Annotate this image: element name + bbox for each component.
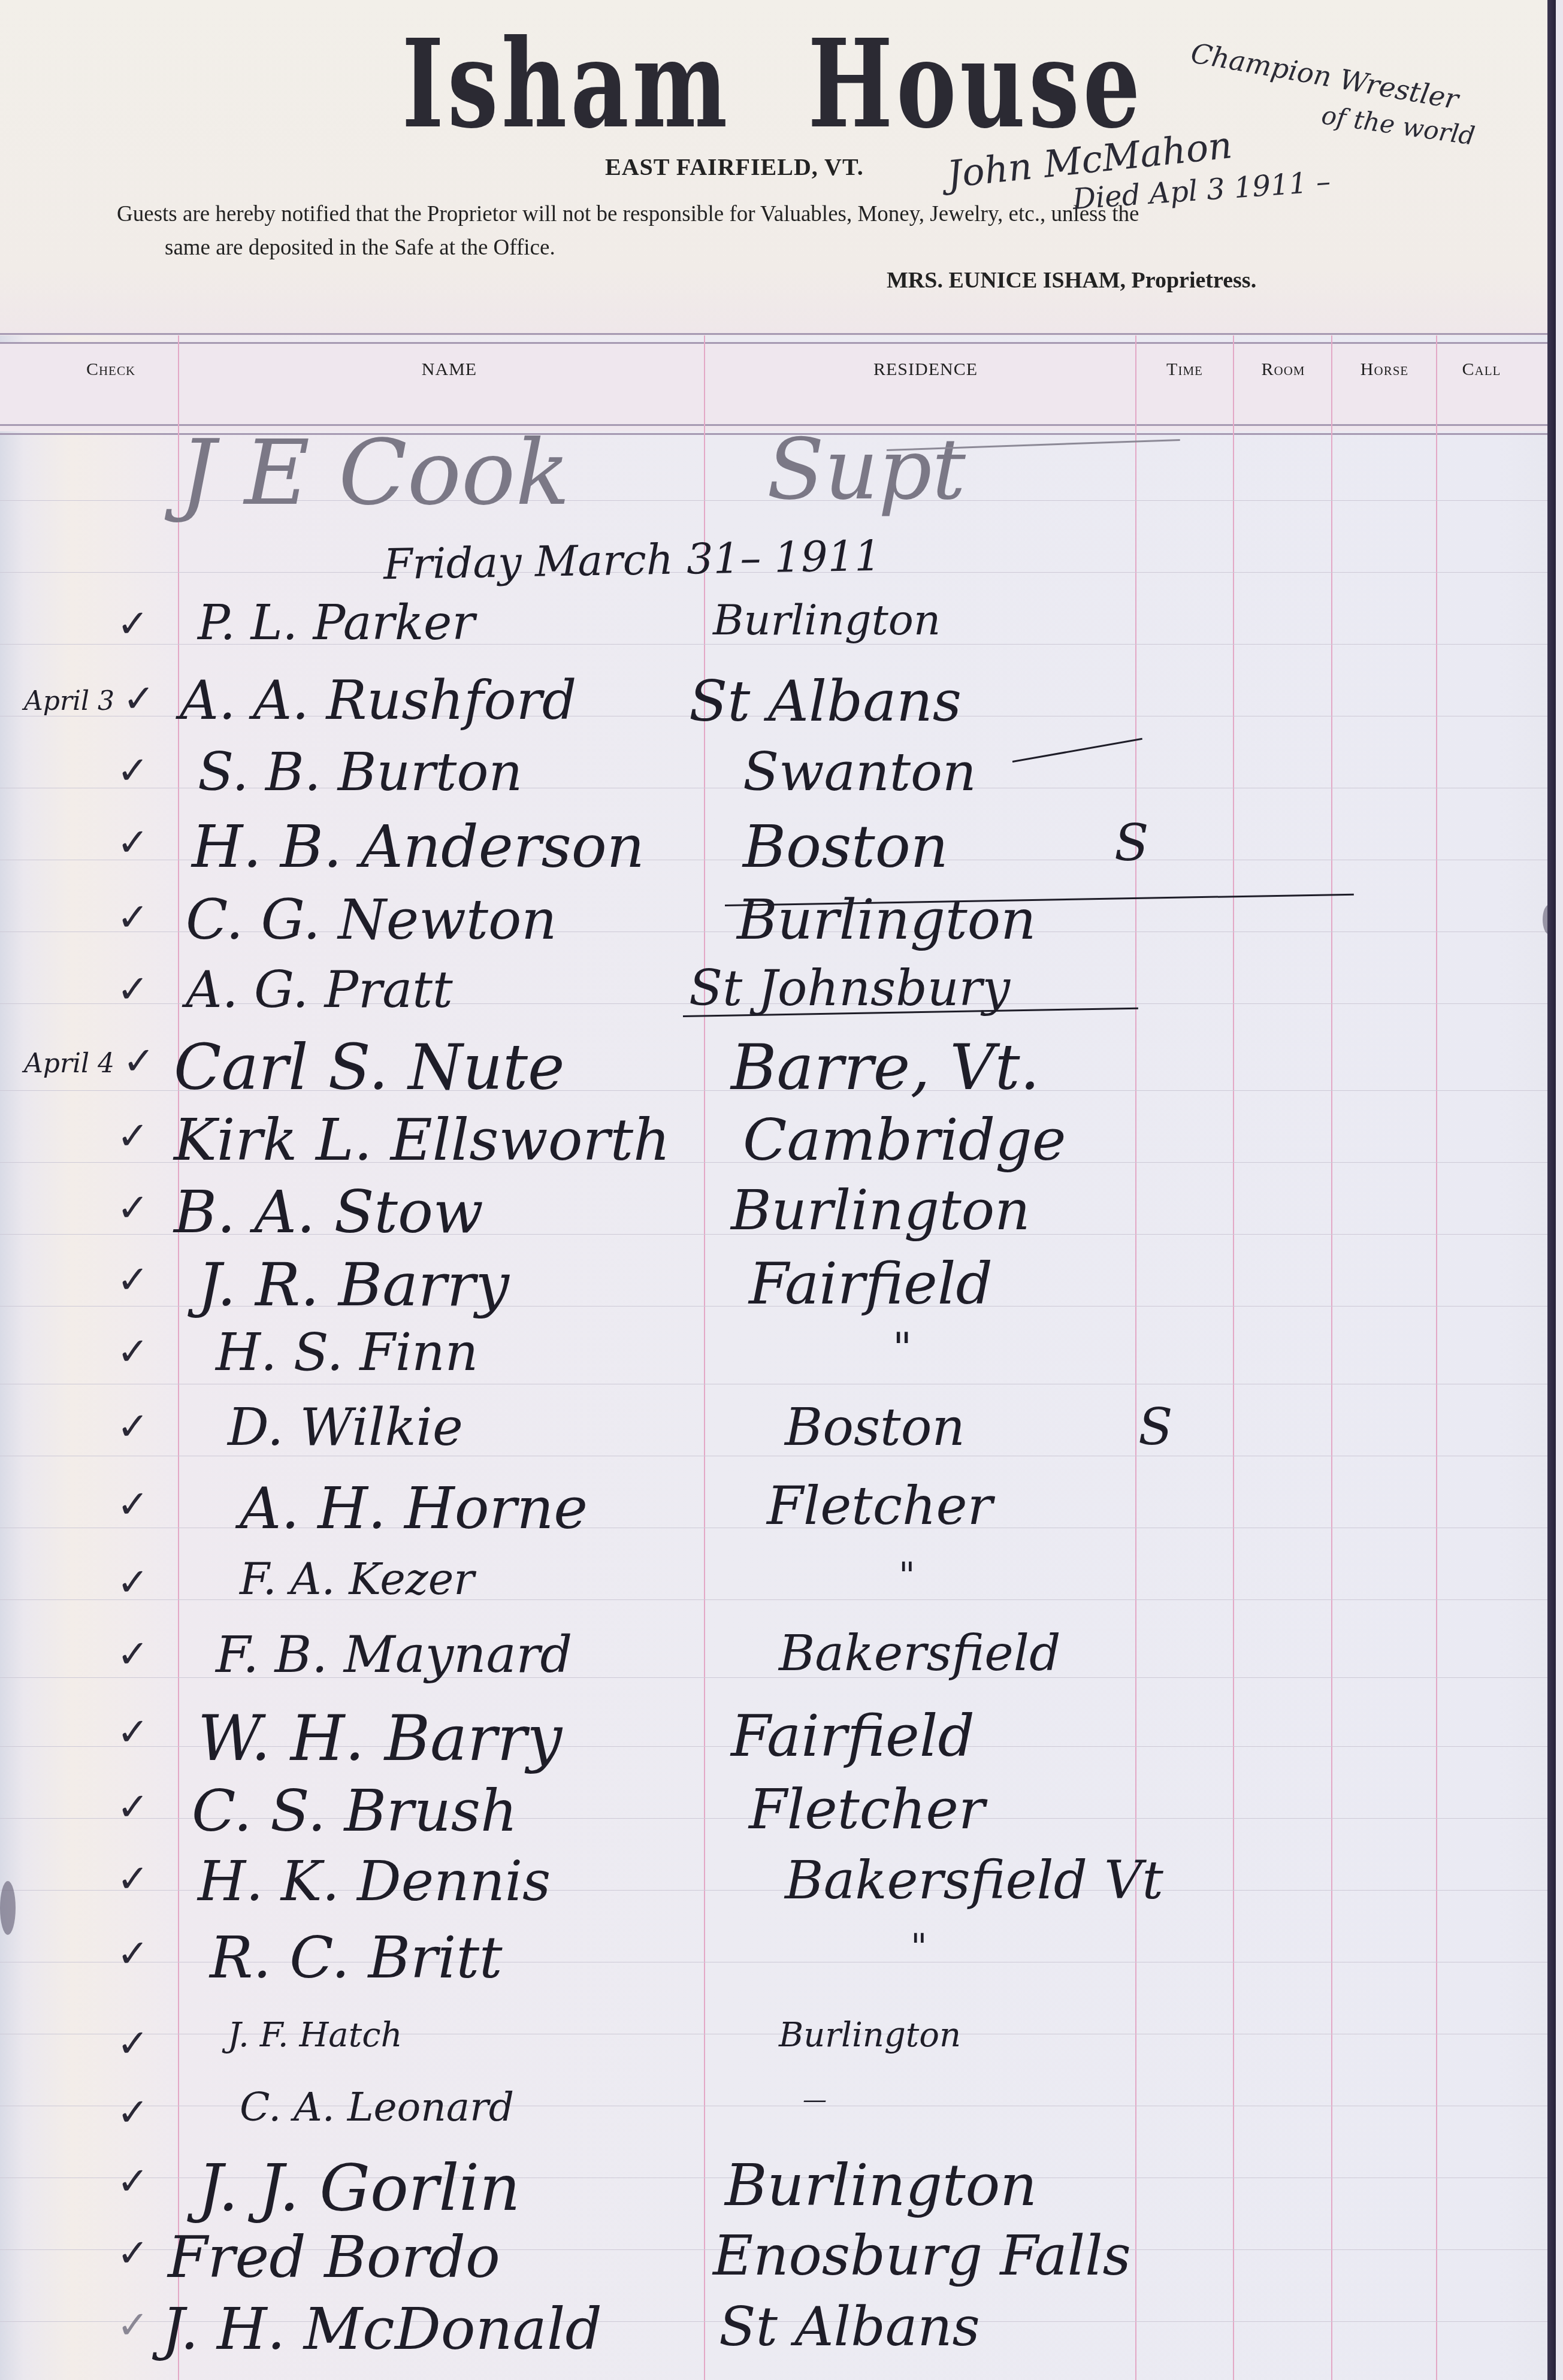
guest-name: J. F. Hatch: [228, 2019, 403, 2052]
guest-name: C. A. Leonard: [240, 2088, 514, 2127]
guest-residence: Fletcher: [749, 1782, 985, 1837]
guest-residence: Bakersfield: [779, 1629, 1061, 1679]
guest-name: Fred Bordo: [168, 2228, 500, 2286]
check-mark: ✓: [117, 1935, 149, 1973]
margin-date-note: April 3: [24, 686, 114, 716]
check-mark: ✓: [117, 1713, 149, 1752]
proprietress-line: MRS. EUNICE ISHAM, Proprietress.: [887, 267, 1256, 294]
column-header-check: Check: [72, 359, 150, 380]
guest-residence: Swanton: [743, 746, 977, 799]
guest-name: J. H. McDonald: [162, 2300, 602, 2358]
liability-notice: Guests are hereby notified that the Prop…: [117, 198, 1435, 265]
check-mark: ✓: [117, 1486, 149, 1524]
guest-residence: Burlington: [779, 2019, 961, 2052]
check-mark: ✓: [117, 1564, 149, 1602]
entry-name: J E Cook: [180, 428, 570, 518]
guest-name: A. G. Pratt: [186, 964, 453, 1015]
pen-flourish: [1012, 738, 1142, 763]
guest-name: F. A. Kezer: [240, 1558, 474, 1601]
check-mark: ✓: [117, 2094, 149, 2132]
guest-residence: St Albans: [719, 2300, 980, 2354]
hotel-location: EAST FAIRFIELD, VT.: [605, 153, 864, 181]
check-mark: ✓: [117, 1788, 149, 1826]
guest-name: F. B. Maynard: [216, 1629, 572, 1680]
guest-residence: —: [803, 2088, 827, 2112]
guest-residence: Enosburg Falls: [713, 2228, 1131, 2284]
check-mark: ✓: [117, 2234, 149, 2273]
guest-name: H. K. Dennis: [198, 1854, 551, 1909]
check-mark: ✓: [117, 1408, 149, 1446]
column-header-room: Room: [1235, 359, 1331, 380]
hotel-title: Isham House: [359, 24, 1186, 146]
guest-residence: ": [899, 1558, 915, 1593]
check-mark: ✓: [117, 1333, 149, 1371]
guest-name: A. H. Horne: [240, 1480, 588, 1537]
guest-name: Kirk L. Ellsworth: [174, 1111, 670, 1169]
guest-residence: Fairfield: [731, 1707, 975, 1765]
guest-name: Carl S. Nute: [174, 1036, 565, 1099]
guest-residence: ": [911, 1929, 927, 1965]
guest-name: J. R. Barry: [198, 1255, 509, 1315]
check-mark: ✓: [117, 1117, 149, 1156]
guest-residence: St Albans: [689, 674, 962, 730]
notice-line-2: same are deposited in the Safe at the Of…: [117, 231, 1435, 265]
check-mark: ✓: [117, 824, 149, 862]
guest-name: J. J. Gorlin: [198, 2157, 521, 2220]
check-mark: ✓: [123, 680, 155, 718]
ink-blot: [0, 1881, 16, 1935]
guest-name: D. Wilkie: [228, 1402, 463, 1453]
column-header-residence: RESIDENCE: [836, 359, 1015, 380]
row-rule: [0, 2106, 1556, 2106]
check-mark: ✓: [117, 2163, 149, 2201]
column-header-horse: Horse: [1334, 359, 1435, 380]
guest-residence: Burlington: [725, 2157, 1037, 2214]
column-header-call: Call: [1437, 359, 1526, 380]
guest-name: S. B. Burton: [198, 746, 522, 799]
check-mark: ✓: [123, 1042, 155, 1081]
book-binding-edge: [1547, 0, 1556, 2380]
check-mark: ✓: [117, 1635, 149, 1674]
column-header-band: [0, 343, 1556, 431]
guest-residence: Boston: [743, 818, 948, 876]
guest-residence: Cambridge: [743, 1111, 1066, 1169]
check-mark: ✓: [117, 899, 149, 937]
column-rule: [1436, 335, 1437, 2380]
guest-residence: St Johnsbury: [689, 964, 1010, 1014]
date-heading: Friday March 31– 1911: [383, 535, 881, 585]
guest-residence: Bakersfield Vt: [785, 1854, 1163, 1907]
check-mark: ✓: [117, 970, 149, 1009]
guest-residence: Fairfield: [749, 1255, 993, 1313]
check-mark: ✓: [117, 752, 149, 790]
room-mark: S: [1138, 1402, 1173, 1452]
check-mark: ✓: [117, 1261, 149, 1299]
guest-residence: ": [893, 1327, 912, 1369]
guest-name: H. S. Finn: [216, 1327, 478, 1378]
column-rule: [1233, 335, 1234, 2380]
entry-residence: Supt: [767, 428, 966, 512]
guest-residence: Boston: [785, 1402, 965, 1453]
guest-name: C. G. Newton: [186, 893, 557, 948]
margin-date-note: April 4: [24, 1048, 114, 1079]
guest-name: W. H. Barry: [198, 1707, 562, 1770]
guest-name: P. L. Parker: [198, 599, 475, 647]
check-mark: ✓: [117, 605, 149, 643]
guest-residence: Fletcher: [767, 1480, 993, 1532]
row-rule: [0, 1384, 1556, 1384]
register-page: Isham House EAST FAIRFIELD, VT. Guests a…: [0, 0, 1556, 2380]
guest-name: A. A. Rushford: [180, 674, 576, 728]
guest-name: H. B. Anderson: [192, 818, 645, 876]
check-mark: ✓: [117, 1189, 149, 1227]
check-mark: ✓: [117, 1860, 149, 1898]
header-rule-top: [0, 333, 1556, 344]
guest-residence: Barre, Vt.: [731, 1036, 1039, 1099]
check-mark: ✓: [117, 2025, 149, 2063]
row-rule: [0, 1599, 1556, 1600]
column-rule: [1331, 335, 1332, 2380]
guest-name: C. S. Brush: [192, 1782, 518, 1840]
notice-line-1: Guests are hereby notified that the Prop…: [117, 202, 1139, 226]
guest-name: R. C. Britt: [210, 1929, 503, 1986]
guest-name: B. A. Stow: [174, 1183, 483, 1242]
column-header-name: NAME: [359, 359, 539, 380]
column-rule: [704, 335, 705, 2380]
column-rule: [178, 335, 179, 2380]
check-mark: ✓: [117, 2306, 149, 2345]
guest-residence: Burlington: [713, 599, 941, 641]
room-mark: S: [1114, 818, 1149, 868]
column-header-time: Time: [1138, 359, 1231, 380]
guest-residence: Burlington: [731, 1183, 1030, 1238]
column-rule: [1135, 335, 1136, 2380]
